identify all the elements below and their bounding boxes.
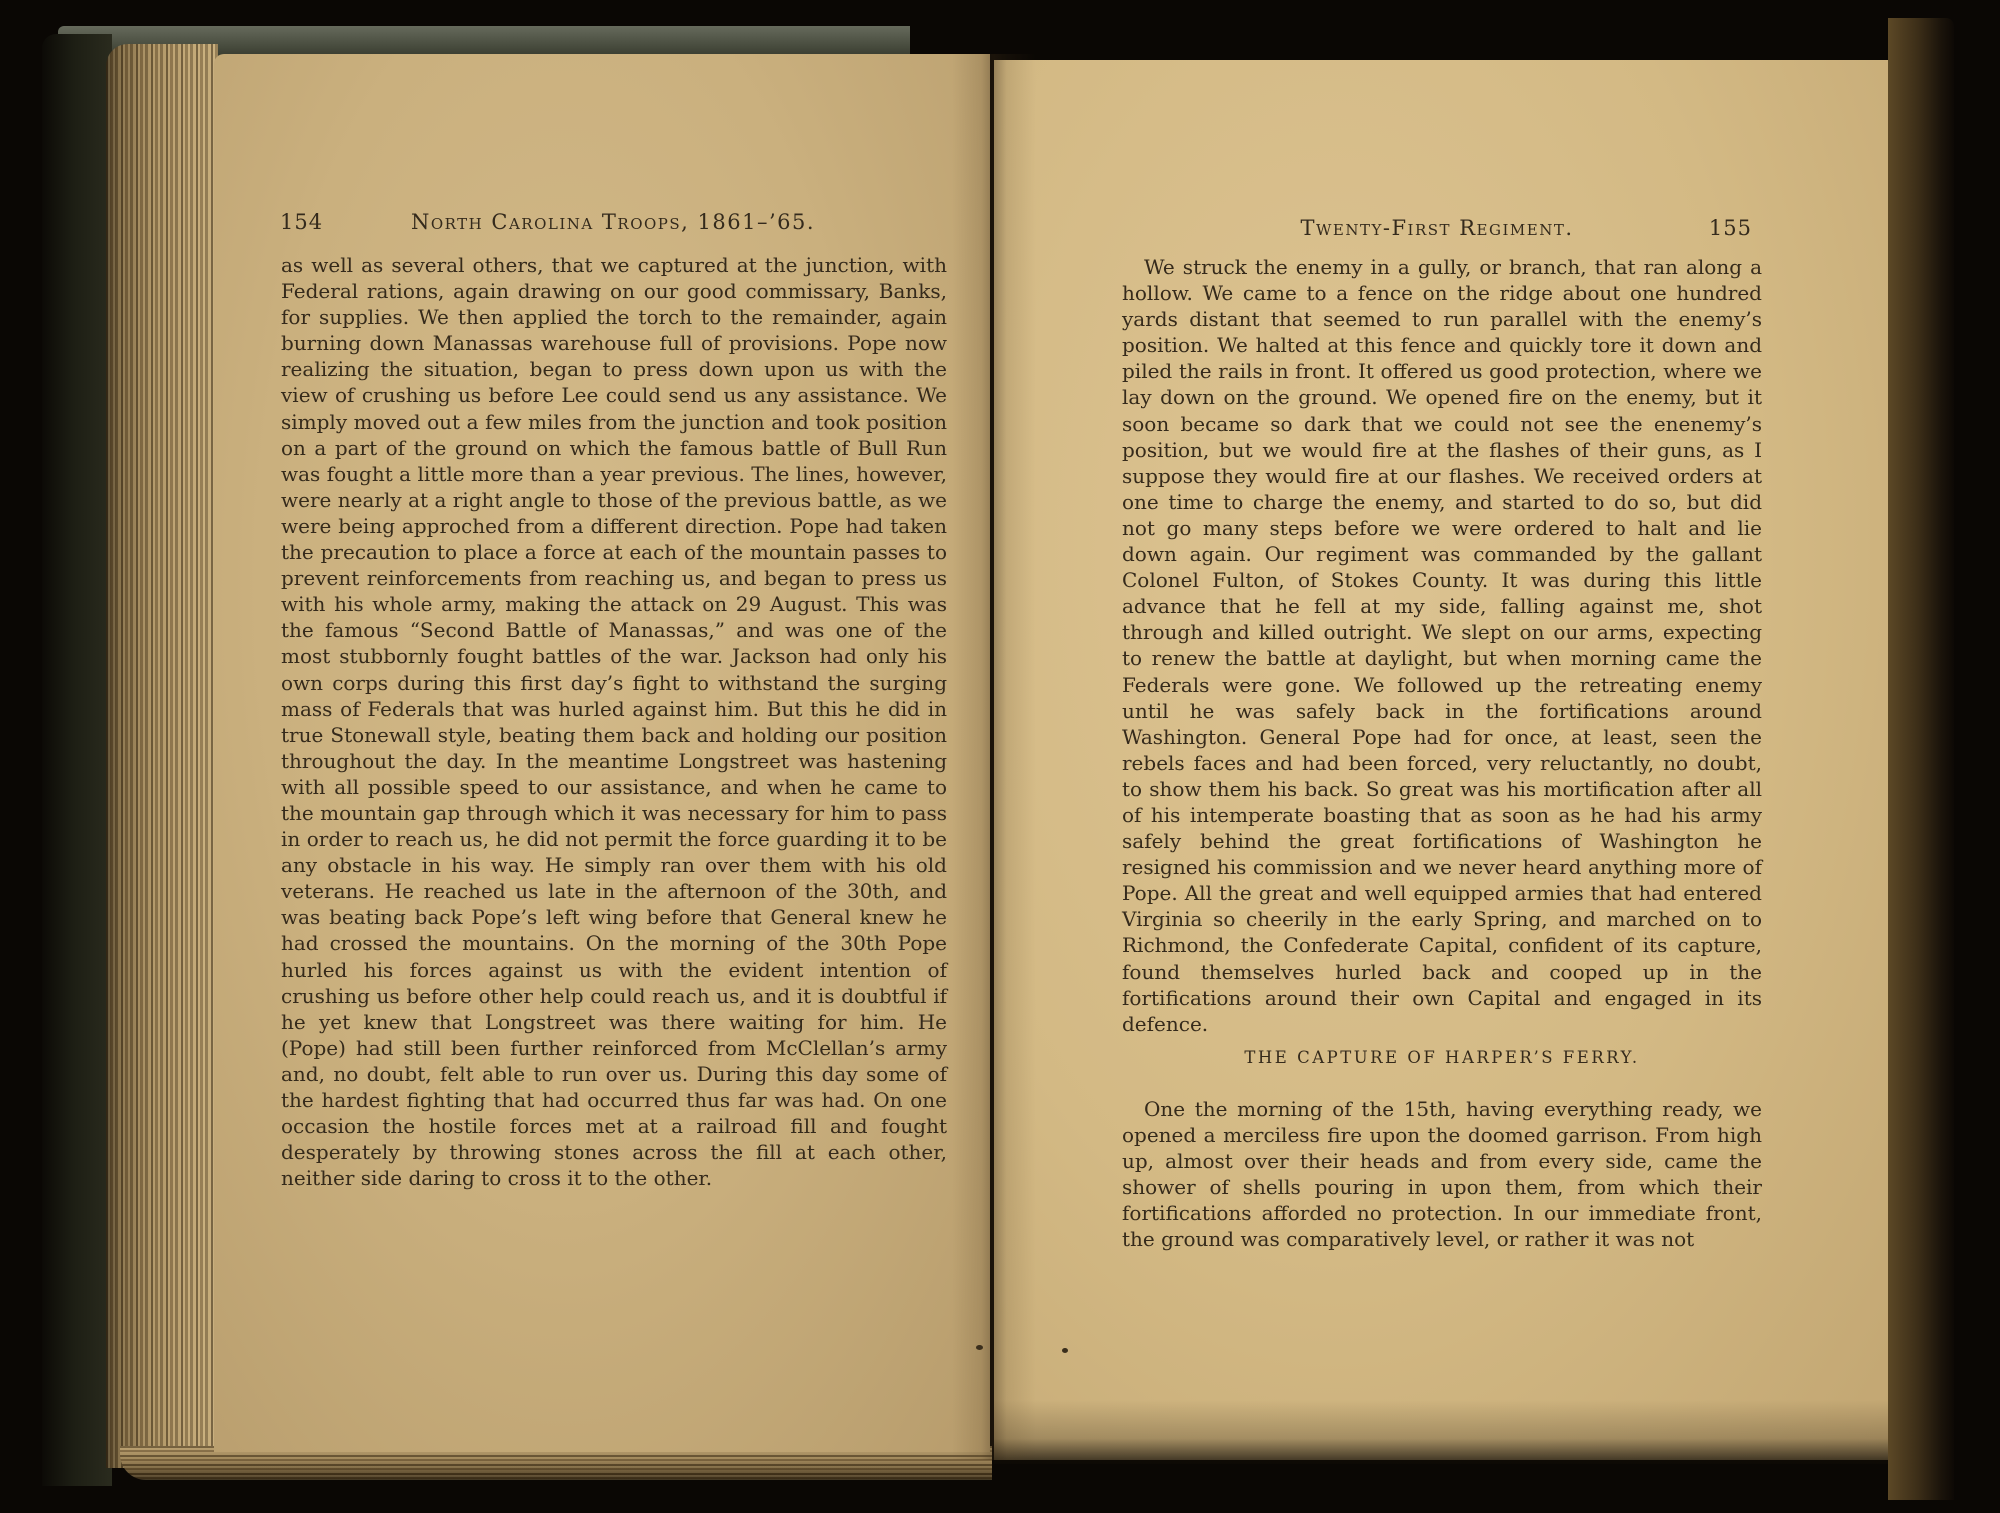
right-page-number: 155 [1709, 216, 1752, 240]
section-heading-capture-of-harpers-ferry: THE CAPTURE OF HARPER’S FERRY. [1122, 1048, 1762, 1067]
right-page-paragraph-2: One the morning of the 15th, having ever… [1122, 1096, 1762, 1253]
left-page-body-paragraph: as well as several others, that we captu… [281, 252, 947, 1191]
right-page-paragraph-1: We struck the enemy in a gully, or branc… [1122, 254, 1762, 1037]
left-page-number: 154 [280, 210, 323, 234]
left-page-header: 154 North Carolina Troops, 1861–’65. [280, 210, 946, 234]
left-running-title: North Carolina Troops, 1861–’65. [280, 210, 946, 234]
right-page-header: 155 Twenty-First Regiment. [1122, 216, 1752, 240]
right-running-title: Twenty-First Regiment. [1122, 216, 1752, 240]
text-layer: 154 North Carolina Troops, 1861–’65. as … [0, 0, 2000, 1513]
